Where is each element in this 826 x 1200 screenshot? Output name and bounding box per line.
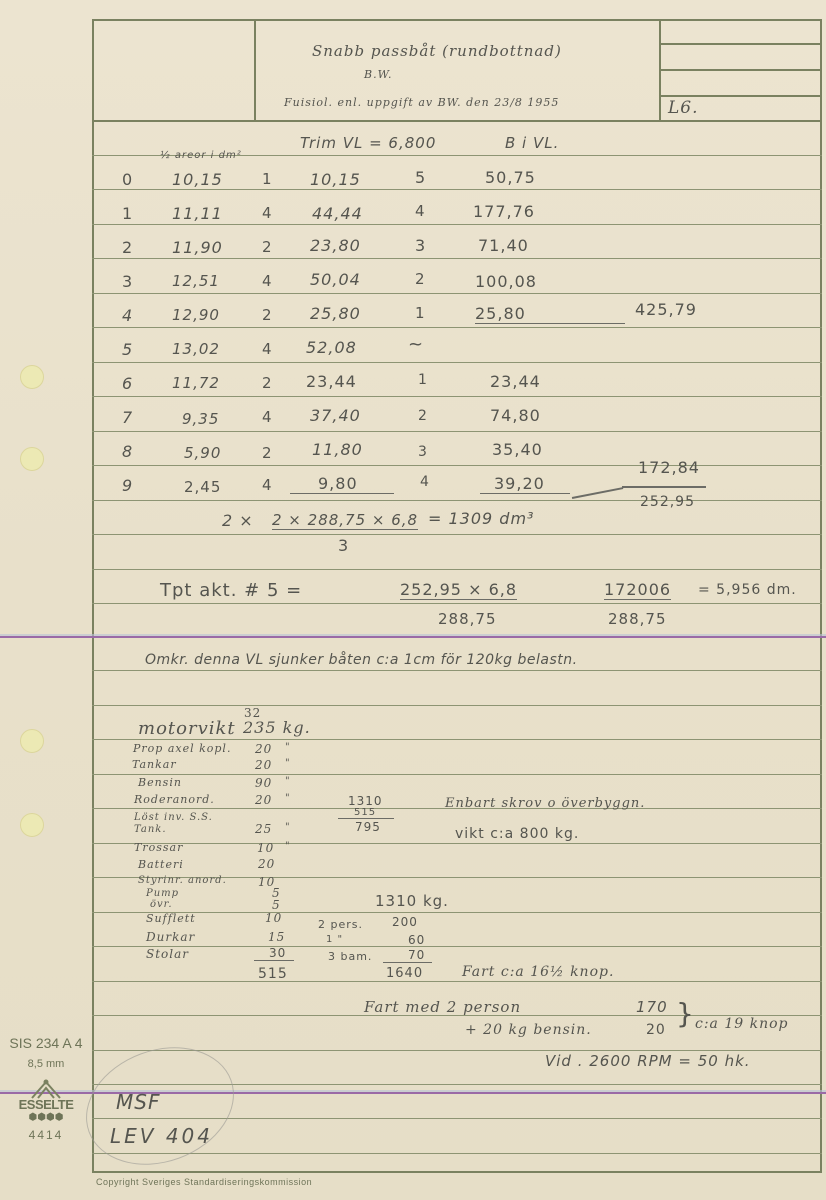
volume-factor: 2 × [222,511,254,530]
ruled-line [92,189,822,190]
ruled-line [92,258,822,259]
ruled-line [92,946,822,947]
form-number: 4414 [0,1128,92,1142]
ruled-line [92,569,822,570]
ruled-line [92,670,822,671]
sheet-number: L6. [668,98,699,118]
tpt-denominator: 288,75 [438,610,497,628]
sub-b: 515 [338,807,394,819]
purple-margin-rule [0,636,826,638]
header-cell-rule [660,95,822,97]
weight-total: 515 [258,966,288,982]
hull-note-1: Enbart skrov o överbyggn. [445,796,645,811]
list-item: Sufflett [146,912,196,925]
tpt-numerator-2: 172006 [604,580,671,600]
list-item: Trossar [134,841,183,854]
ruled-line [92,705,822,706]
ruled-line [92,362,822,363]
footer-note-lev: LEV 404 [110,1124,213,1148]
brace-icon: } [676,994,695,1034]
ruled-line [92,431,822,432]
motor-label: motorvikt [138,718,236,739]
volume-denominator: 3 [338,536,349,555]
list-item: Löst inv. S.S. Tank. [134,812,244,836]
list-item: Stolar [146,947,189,961]
copyright-notice: Copyright Sveriges Standardiseringskommi… [96,1177,312,1187]
list-item: Prop axel kopl. [133,742,231,755]
load-total: 1640 [386,966,423,981]
ruled-line [92,500,822,501]
list-item: Pump [146,888,179,899]
ruled-line [92,603,822,604]
ruled-line [92,981,822,982]
sub-result: 795 [355,820,381,834]
header-bottom-rule [92,120,822,122]
load-label: 3 bam. [328,950,372,963]
b-heading: B i VL. [505,134,559,152]
speed-note-1: Fart c:a 16½ knop. [462,964,614,980]
list-item: Durkar [146,930,195,944]
volume-numerator: 2 × 288,75 × 6,8 [272,511,418,530]
speed-note-2-value: 170 [636,998,668,1016]
list-item: Roderanord. [134,793,215,806]
brand-seals-icon: ⬢⬢⬢⬢ [0,1112,92,1123]
list-item: Batteri [138,858,184,871]
line-spacing-label: 8,5 mm [0,1058,92,1070]
sink-note: Omkr. denna VL sjunker båten c:a 1cm för… [145,652,578,668]
ruled-line [92,327,822,328]
ruled-line [92,534,822,535]
ruled-line [92,843,822,844]
header-note: Fuisiol. enl. uppgift av BW. den 23/8 19… [284,96,559,109]
author-initials: B.W. [364,68,392,81]
moment-difference: 252,95 [640,494,695,510]
header-cell-rule [660,43,822,45]
punch-hole [20,729,44,753]
volume-result: = 1309 dm³ [428,509,534,528]
tpt-denominator-2: 288,75 [608,610,667,628]
load-label: 2 pers. [318,918,363,931]
ruled-line [92,1153,822,1154]
speed-note-2-label: Fart med 2 person [364,998,521,1016]
hull-note-2: vikt c:a 800 kg. [455,826,579,842]
punch-hole [20,813,44,837]
sis-code: SIS 234 A 4 [0,1035,92,1051]
punch-hole [20,447,44,471]
footer-note-msf: MSF [116,1090,160,1114]
area-column-header: ½ areor i dm² [160,150,242,161]
sum-fore: 425,79 [635,300,697,319]
displacement: 1310 kg. [375,892,449,910]
speed-result: c:a 19 knop [695,1016,789,1032]
speed-note-3-label: + 20 kg bensin. [465,1022,592,1038]
speed-note-3-value: 20 [646,1022,666,1038]
list-item: Bensin [138,776,182,789]
list-item: övr. [150,899,173,910]
subtraction-line [622,486,706,488]
list-item: Tankar [132,758,177,771]
sub-a: 1310 [348,794,383,808]
trim-heading: Trim VL = 6,800 [300,134,436,152]
ruled-line [92,912,822,913]
brand-name: ESSELTE [0,1097,92,1112]
tpt-label: Tpt akt. # 5 = [160,580,302,601]
ruled-line [92,293,822,294]
header-divider-left [254,19,256,121]
tpt-result: = 5,956 dm. [698,582,797,598]
ruled-line [92,739,822,740]
load-label: 1 " [326,934,343,945]
motor-value: 235 kg. [243,718,311,737]
ruled-line [92,396,822,397]
ruled-line [92,774,822,775]
ruled-line [92,465,822,466]
ruled-line [92,224,822,225]
tpt-numerator: 252,95 × 6,8 [400,580,517,600]
header-cell-rule [660,69,822,71]
punch-hole [20,365,44,389]
rpm-note: Vid . 2600 RPM = 50 hk. [545,1052,751,1070]
list-item: Styrinr. anord. [138,875,227,886]
sum-aft: 172,84 [638,458,700,477]
document-title: Snabb passbåt (rundbottnad) [312,42,562,60]
